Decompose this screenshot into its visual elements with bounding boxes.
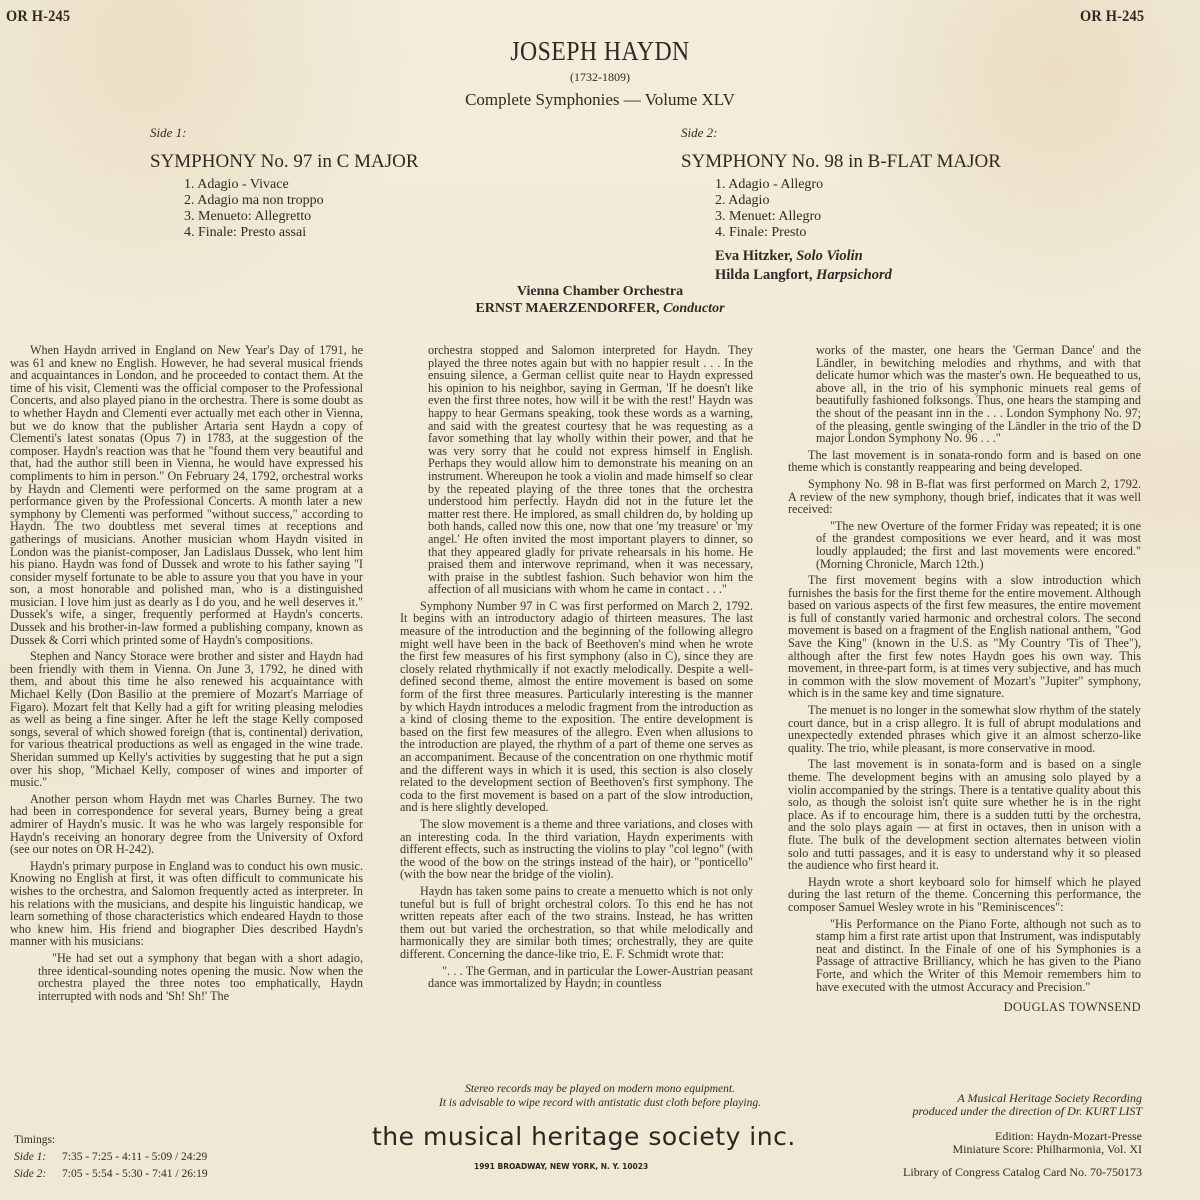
side-1-program: Side 1: SYMPHONY No. 97 in C MAJOR 1. Ad…	[150, 125, 570, 241]
stereo-notice: Stereo records may be played on modern m…	[400, 1082, 800, 1110]
composer-dates: (1732-1809)	[0, 70, 1200, 85]
notes-paragraph: The slow movement is a theme and three v…	[400, 818, 753, 881]
notes-paragraph: Haydn has taken some pains to create a m…	[400, 885, 753, 961]
notes-quote: "The new Overture of the former Friday w…	[788, 520, 1141, 570]
conductor-credit: ERNST MAERZENDORFER, Conductor	[0, 300, 1200, 317]
stereo-notice-line: Stereo records may be played on modern m…	[400, 1082, 800, 1096]
side-1-label: Side 1:	[150, 125, 570, 141]
orchestra-name: Vienna Chamber Orchestra	[0, 283, 1200, 300]
liner-notes-column-1: When Haydn arrived in England on New Yea…	[10, 344, 363, 1006]
orchestra-credit: Vienna Chamber Orchestra ERNST MAERZENDO…	[0, 283, 1200, 317]
movement-item: 2. Adagio	[715, 193, 1101, 209]
soloist-violin: Eva Hitzker, Solo Violin	[715, 247, 1101, 266]
edition-info: Edition: Haydn-Mozart-Presse Miniature S…	[860, 1130, 1142, 1156]
notes-quote: works of the master, one hears the 'Germ…	[788, 344, 1141, 445]
timings-side-1: Side 1:7:35 - 7:25 - 4:11 - 5:09 / 24:29	[14, 1149, 208, 1166]
notes-paragraph: Haydn's primary purpose in England was t…	[10, 860, 363, 948]
movement-item: 2. Adagio ma non troppo	[184, 193, 570, 209]
publisher-logo: the musical heritage society inc.	[372, 1122, 796, 1151]
notes-author: DOUGLAS TOWNSEND	[788, 1001, 1141, 1014]
side-2-program: Side 2: SYMPHONY No. 98 in B-FLAT MAJOR …	[681, 125, 1101, 285]
notes-paragraph: The last movement is in sonata-form and …	[788, 758, 1141, 871]
recording-credits: A Musical Heritage Society Recording pro…	[860, 1092, 1142, 1118]
catalog-number-left: OR H-245	[6, 8, 70, 26]
movement-item: 1. Adagio - Allegro	[715, 177, 1101, 193]
soloists: Eva Hitzker, Solo Violin Hilda Langfort,…	[681, 247, 1101, 285]
notes-paragraph: The menuet is no longer in the somewhat …	[788, 704, 1141, 754]
notes-quote: "His Performance on the Piano Forte, alt…	[788, 918, 1141, 994]
stereo-notice-line: It is advisable to wipe record with anti…	[400, 1096, 800, 1110]
movement-item: 4. Finale: Presto	[715, 225, 1101, 241]
timings: Timings: Side 1:7:35 - 7:25 - 4:11 - 5:0…	[14, 1132, 208, 1183]
notes-quote: orchestra stopped and Salomon interprete…	[400, 344, 753, 596]
notes-paragraph: Another person whom Haydn met was Charle…	[10, 793, 363, 856]
notes-paragraph: Symphony No. 98 in B-flat was first perf…	[788, 478, 1141, 516]
series-volume: Complete Symphonies — Volume XLV	[0, 90, 1200, 110]
notes-paragraph: Symphony Number 97 in C was first perfor…	[400, 600, 753, 814]
liner-notes-column-3: works of the master, one hears the 'Germ…	[788, 344, 1141, 1014]
movement-item: 3. Menuet: Allegro	[715, 209, 1101, 225]
score-line: Miniature Score: Philharmonia, Vol. XI	[860, 1143, 1142, 1156]
notes-paragraph: Stephen and Nancy Storace were brother a…	[10, 650, 363, 789]
catalog-number-right: OR H-245	[1080, 8, 1144, 26]
side-2-movement-list: 1. Adagio - Allegro 2. Adagio 3. Menuet:…	[681, 177, 1101, 241]
composer-title: JOSEPH HAYDN	[72, 36, 1128, 67]
movement-item: 4. Finale: Presto assai	[184, 225, 570, 241]
notes-quote: ". . . The German, and in particular the…	[400, 965, 753, 990]
library-of-congress-number: Library of Congress Catalog Card No. 70-…	[860, 1165, 1142, 1180]
side-1-symphony-title: SYMPHONY No. 97 in C MAJOR	[150, 151, 570, 173]
movement-item: 1. Adagio - Vivace	[184, 177, 570, 193]
timings-label: Timings:	[14, 1132, 208, 1149]
timings-side-2: Side 2:7:05 - 5:54 - 5:30 - 7:41 / 26:19	[14, 1166, 208, 1183]
side-2-symphony-title: SYMPHONY No. 98 in B-FLAT MAJOR	[681, 151, 1101, 173]
side-1-movement-list: 1. Adagio - Vivace 2. Adagio ma non trop…	[150, 177, 570, 241]
notes-paragraph: The last movement is in sonata-rondo for…	[788, 449, 1141, 474]
publisher-address: 1991 BROADWAY, NEW YORK, N. Y. 10023	[474, 1162, 648, 1171]
notes-paragraph: When Haydn arrived in England on New Yea…	[10, 344, 363, 646]
liner-notes-column-2: orchestra stopped and Salomon interprete…	[400, 344, 753, 994]
credit-line: produced under the direction of Dr. KURT…	[860, 1105, 1142, 1118]
movement-item: 3. Menueto: Allegretto	[184, 209, 570, 225]
notes-paragraph: Haydn wrote a short keyboard solo for hi…	[788, 876, 1141, 914]
notes-paragraph: The first movement begins with a slow in…	[788, 574, 1141, 700]
notes-quote: "He had set out a symphony that began wi…	[10, 952, 363, 1002]
side-2-label: Side 2:	[681, 125, 1101, 141]
